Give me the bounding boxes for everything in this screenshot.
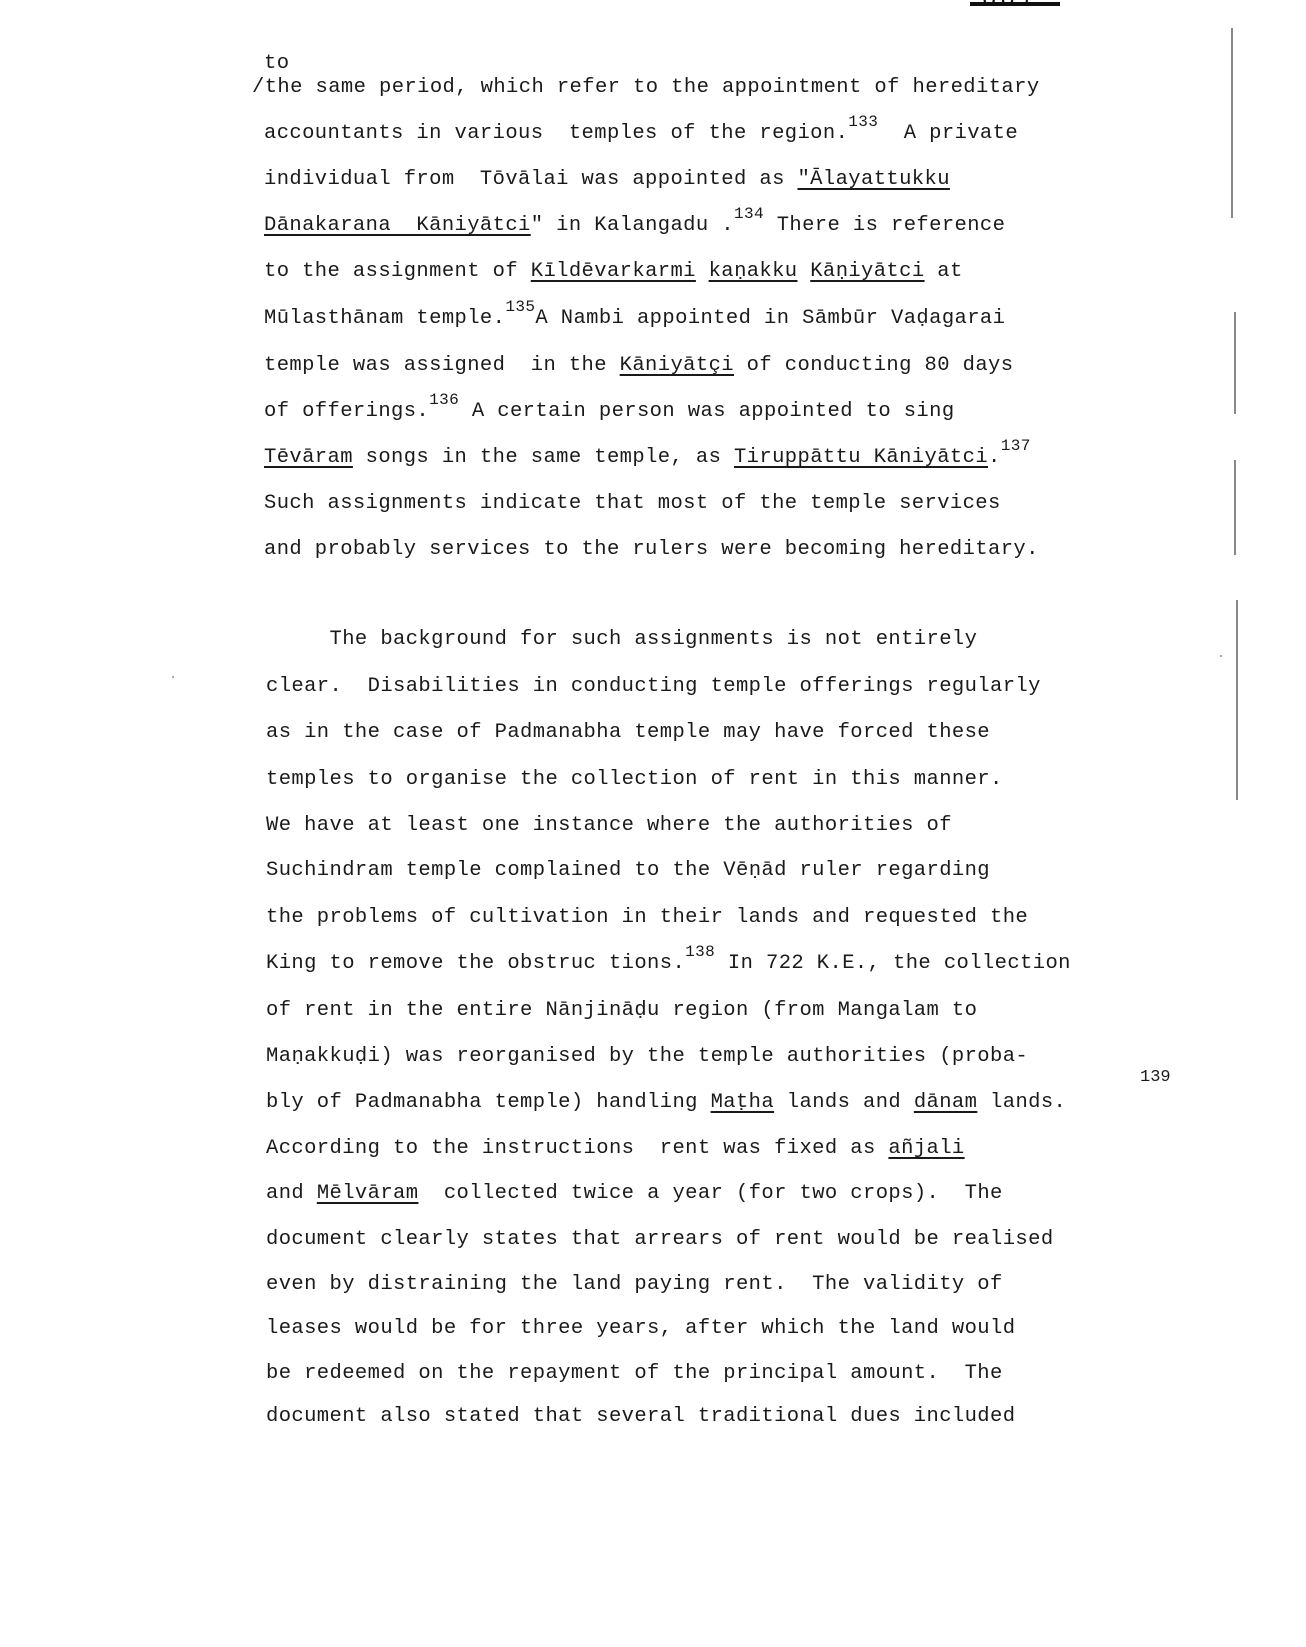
text-line: as in the case of Padmanabha temple may …: [266, 721, 990, 744]
text-segment: songs in the same temple, as: [353, 446, 734, 469]
text-segment: .: [988, 446, 1001, 469]
footnote-ref: 138: [685, 943, 715, 961]
text-segment: The background for such assignments is n…: [266, 628, 977, 651]
margin-rule: [1234, 312, 1236, 414]
text-segment: document also stated that several tradit…: [266, 1405, 1015, 1428]
underlined-term: Maṭha: [711, 1091, 775, 1114]
footnote-ref: 134: [734, 205, 764, 223]
text-segment: as in the case of Padmanabha temple may …: [266, 721, 990, 744]
text-segment: to: [264, 52, 289, 75]
text-line: Maṇakkuḍi) was reorganised by the temple…: [266, 1045, 1028, 1068]
underlined-term: añjali: [888, 1137, 964, 1160]
text-segment: collected twice a year (for two crops). …: [418, 1182, 1002, 1205]
underlined-term: kaṇakku: [709, 260, 798, 283]
text-segment: accountants in various temples of the re…: [264, 122, 848, 145]
text-segment: [696, 260, 709, 283]
text-segment: individual from Tōvālai was appointed as: [264, 168, 797, 191]
text-line: to the assignment of Kīldēvarkarmi kaṇak…: [264, 260, 963, 283]
underlined-term: "Ālayattukku: [797, 168, 949, 191]
text-line: King to remove the obstruc tions.138 In …: [266, 952, 1071, 975]
page-number-text: 881: [982, 0, 1037, 13]
underlined-term: dānam: [914, 1091, 978, 1114]
text-line: Mūlasthānam temple.135A Nambi appointed …: [264, 307, 1005, 330]
text-segment: Maṇakkuḍi) was reorganised by the temple…: [266, 1045, 1028, 1068]
text-segment: and probably services to the rulers were…: [264, 538, 1039, 561]
text-segment: /the same period, which refer to the app…: [252, 76, 1040, 99]
text-segment: Suchindram temple complained to the Vēṇā…: [266, 859, 990, 882]
margin-rule: [1236, 600, 1238, 800]
margin-rule: [1234, 460, 1236, 555]
text-line: accountants in various temples of the re…: [264, 122, 1018, 145]
text-segment: Mūlasthānam temple.: [264, 307, 505, 330]
underlined-term: Tiruppāttu Kāniyātci: [734, 446, 988, 469]
text-segment: In 722 K.E., the collection: [715, 952, 1071, 975]
footnote-ref: 137: [1001, 437, 1031, 455]
text-segment: leases would be for three years, after w…: [266, 1317, 1015, 1340]
text-segment: King to remove the obstruc tions.: [266, 952, 685, 975]
text-segment: to the assignment of: [264, 260, 531, 283]
text-segment: A Nambi appointed in Sāmbūr Vaḍagarai: [535, 307, 1005, 330]
text-segment: of conducting 80 days: [734, 354, 1013, 377]
text-segment: temple was assigned in the: [264, 354, 620, 377]
text-line: of rent in the entire Nānjināḍu region (…: [266, 999, 977, 1022]
text-segment: clear. Disabilities in conducting temple…: [266, 675, 1041, 698]
text-segment: the problems of cultivation in their lan…: [266, 906, 1028, 929]
text-line: the problems of cultivation in their lan…: [266, 906, 1028, 929]
text-line: temples to organise the collection of re…: [266, 768, 1003, 791]
text-line: and Mēlvāram collected twice a year (for…: [266, 1182, 1003, 1205]
text-segment: of offerings.: [264, 400, 429, 423]
underlined-term: Kāṇiyātci: [810, 260, 924, 283]
text-segment: lands.: [977, 1091, 1066, 1114]
underlined-term: Mēlvāram: [317, 1182, 419, 1205]
text-segment: Such assignments indicate that most of t…: [264, 492, 1001, 515]
underlined-term: Dānakarana Kāniyātci: [264, 214, 531, 237]
text-segment: be redeemed on the repayment of the prin…: [266, 1362, 1003, 1385]
text-line: Tēvāram songs in the same temple, as Tir…: [264, 446, 1031, 469]
text-line: leases would be for three years, after w…: [266, 1317, 1015, 1340]
text-segment: lands and: [774, 1091, 914, 1114]
text-line: temple was assigned in the Kāniyātçi of …: [264, 354, 1013, 377]
text-line: clear. Disabilities in conducting temple…: [266, 675, 1041, 698]
text-segment: There is reference: [764, 214, 1005, 237]
text-line: even by distraining the land paying rent…: [266, 1273, 1003, 1296]
text-line: to: [264, 52, 289, 75]
text-segment: bly of Padmanabha temple) handling: [266, 1091, 711, 1114]
text-segment: A certain person was appointed to sing: [459, 400, 954, 423]
text-segment: A private: [878, 122, 1018, 145]
footnote-ref: 133: [848, 113, 878, 131]
text-line: document clearly states that arrears of …: [266, 1228, 1054, 1251]
text-line: of offerings.136 A certain person was ap…: [264, 400, 955, 423]
text-segment: temples to organise the collection of re…: [266, 768, 1003, 791]
text-segment: of rent in the entire Nānjināḍu region (…: [266, 999, 977, 1022]
text-segment: According to the instructions rent was f…: [266, 1137, 888, 1160]
footnote-ref: 136: [429, 391, 459, 409]
margin-footnote-marker: 139: [1140, 1068, 1171, 1087]
text-segment: at: [925, 260, 963, 283]
text-line: /the same period, which refer to the app…: [252, 76, 1040, 99]
text-line: individual from Tōvālai was appointed as…: [264, 168, 950, 191]
text-line: According to the instructions rent was f…: [266, 1137, 965, 1160]
text-segment: and: [266, 1182, 317, 1205]
text-segment: document clearly states that arrears of …: [266, 1228, 1054, 1251]
scan-speck: [172, 676, 174, 678]
text-line: and probably services to the rulers were…: [264, 538, 1039, 561]
text-segment: even by distraining the land paying rent…: [266, 1273, 1003, 1296]
text-line: document also stated that several tradit…: [266, 1405, 1015, 1428]
text-line: Suchindram temple complained to the Vēṇā…: [266, 859, 990, 882]
text-segment: " in Kalangadu .: [531, 214, 734, 237]
scan-speck: [1220, 655, 1222, 657]
margin-rule: [1231, 28, 1233, 218]
text-line: be redeemed on the repayment of the prin…: [266, 1362, 1003, 1385]
underlined-term: Tēvāram: [264, 446, 353, 469]
text-segment: We have at least one instance where the …: [266, 814, 952, 837]
text-line: The background for such assignments is n…: [266, 628, 977, 651]
text-line: We have at least one instance where the …: [266, 814, 952, 837]
page-number: 881: [970, 0, 1060, 14]
underlined-term: Kāniyātçi: [620, 354, 734, 377]
footnote-ref: 135: [505, 298, 535, 316]
underlined-term: Kīldēvarkarmi: [531, 260, 696, 283]
text-line: Dānakarana Kāniyātci" in Kalangadu .134 …: [264, 214, 1005, 237]
text-line: Such assignments indicate that most of t…: [264, 492, 1001, 515]
text-segment: [798, 260, 811, 283]
text-line: bly of Padmanabha temple) handling Maṭha…: [266, 1091, 1066, 1114]
